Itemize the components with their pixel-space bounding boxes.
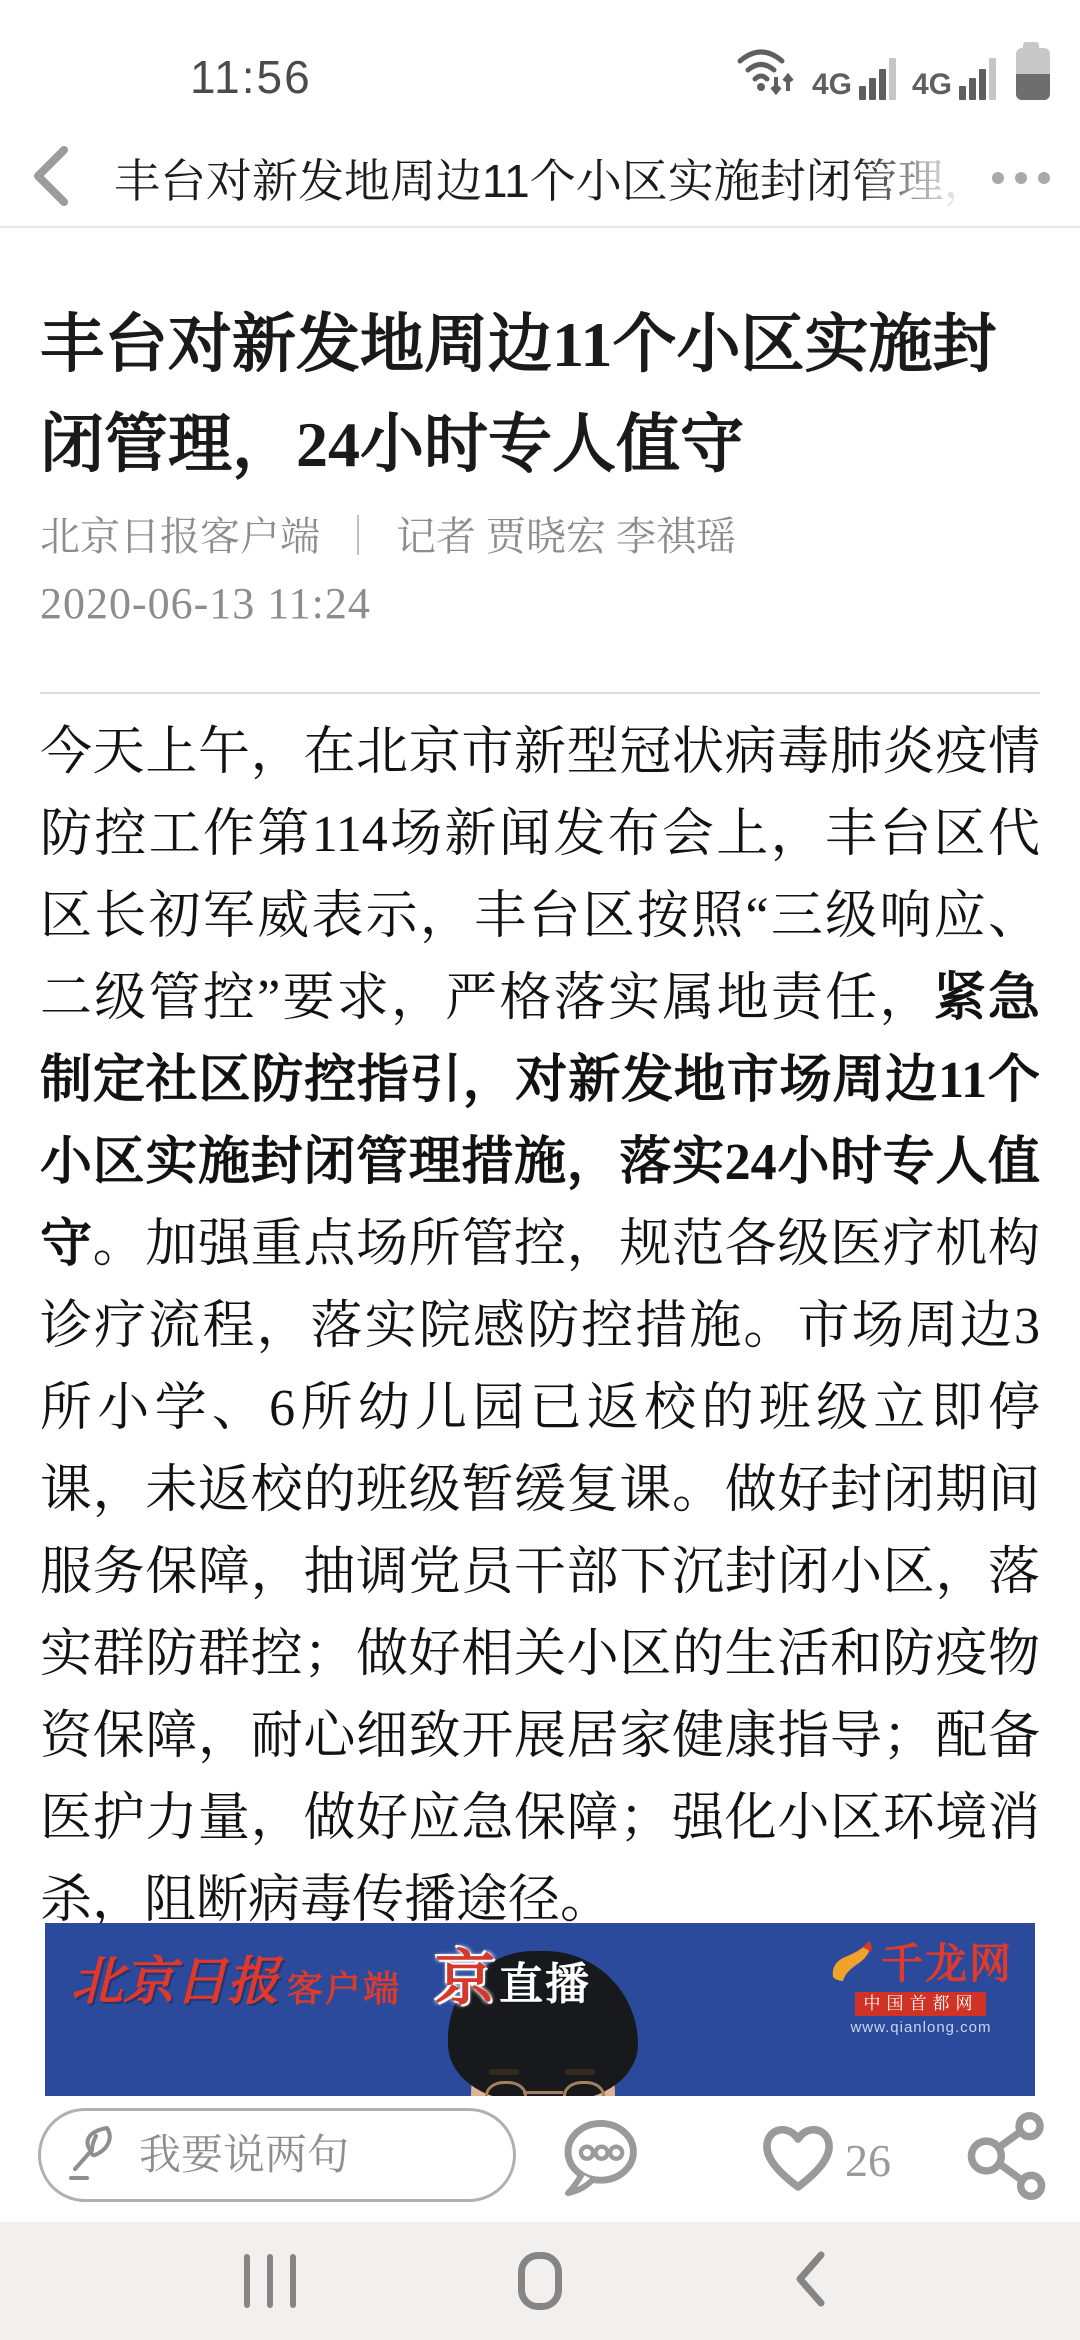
article-source: 北京日报客户端	[40, 514, 320, 559]
comments-button[interactable]	[556, 2114, 642, 2205]
back-button[interactable]	[30, 144, 72, 213]
live-logo-prefix: 京	[435, 1949, 495, 2009]
qianlong-url: www.qianlong.com	[850, 2019, 991, 2036]
article-title: 丰台对新发地周边11个小区实施封闭管理，24小时专人值守	[40, 295, 1040, 495]
sim2-signal-icon: 4G	[912, 58, 996, 100]
more-options-button[interactable]	[992, 172, 1050, 184]
live-logo-text: 直播	[499, 1961, 591, 2009]
publish-date: 2020-06-13 11:24	[40, 578, 371, 629]
article-reporters: 记者 贾晓宏 李祺瑶	[396, 514, 736, 559]
qianlong-name: 千龙网	[881, 1943, 1013, 1985]
comment-input-pill[interactable]	[38, 2108, 516, 2202]
app-nav-bar: 丰台对新发地周边11个小区实施封闭管理，	[0, 130, 1080, 228]
qianlong-logo: 千龙网 中国首都网 www.qianlong.com	[829, 1939, 1013, 2036]
comment-action-bar: 26	[0, 2096, 1080, 2222]
article-byline: 北京日报客户端｜记者 贾晓宏 李祺瑶	[40, 505, 1040, 562]
sim2-network-badge: 4G	[912, 70, 952, 100]
battery-icon	[1012, 42, 1050, 100]
nav-title: 丰台对新发地周边11个小区实施封闭管理，	[114, 145, 974, 211]
android-back-icon	[793, 2250, 827, 2313]
qianlong-tagline: 中国首都网	[855, 1992, 986, 2016]
body-rest: 。加强重点场所管控，规范各级医疗机构诊疗流程，落实院感防控措施。市场周边3所小学…	[40, 1216, 1040, 1929]
byline-separator: ｜	[338, 514, 378, 559]
video-thumbnail[interactable]: 北京日报 客户端 京 直播 千龙网 中国首都网 www.qianlong.com	[45, 1923, 1035, 2096]
phone-screen: 11:56 4G	[0, 0, 1080, 2340]
brand-suffix-text: 客户端	[287, 1969, 401, 2009]
qianlong-swoosh-icon	[829, 1939, 877, 1988]
sim1-network-badge: 4G	[812, 70, 852, 100]
body-lead: 今天上午，在北京市新型冠状病毒肺炎疫情防控工作第114场新闻发布会上，丰台区代区…	[40, 724, 1040, 1027]
recents-icon	[244, 2254, 296, 2308]
sim1-signal-icon: 4G	[812, 58, 896, 100]
comment-input[interactable]	[137, 2130, 503, 2180]
wifi-icon	[734, 39, 796, 100]
share-button[interactable]	[964, 2110, 1046, 2207]
android-nav-bar	[0, 2222, 1080, 2340]
section-divider	[40, 692, 1040, 694]
like-heart-icon[interactable]	[756, 2116, 840, 2199]
status-bar: 11:56 4G	[0, 0, 1080, 130]
brand-logo-text: 北京日报	[71, 1957, 279, 2009]
home-icon	[518, 2252, 562, 2310]
like-count: 26	[845, 2134, 891, 2187]
status-icons: 4G 4G	[734, 42, 1050, 100]
android-back-button[interactable]	[750, 2222, 870, 2340]
article-body: 今天上午，在北京市新型冠状病毒肺炎疫情防控工作第114场新闻发布会上，丰台区代区…	[40, 712, 1040, 1942]
quill-pen-icon	[63, 2123, 117, 2188]
broadcaster-logo: 北京日报 客户端 京 直播	[71, 1949, 591, 2009]
recents-button[interactable]	[210, 2222, 330, 2340]
home-button[interactable]	[480, 2222, 600, 2340]
status-time: 11:56	[190, 50, 312, 104]
